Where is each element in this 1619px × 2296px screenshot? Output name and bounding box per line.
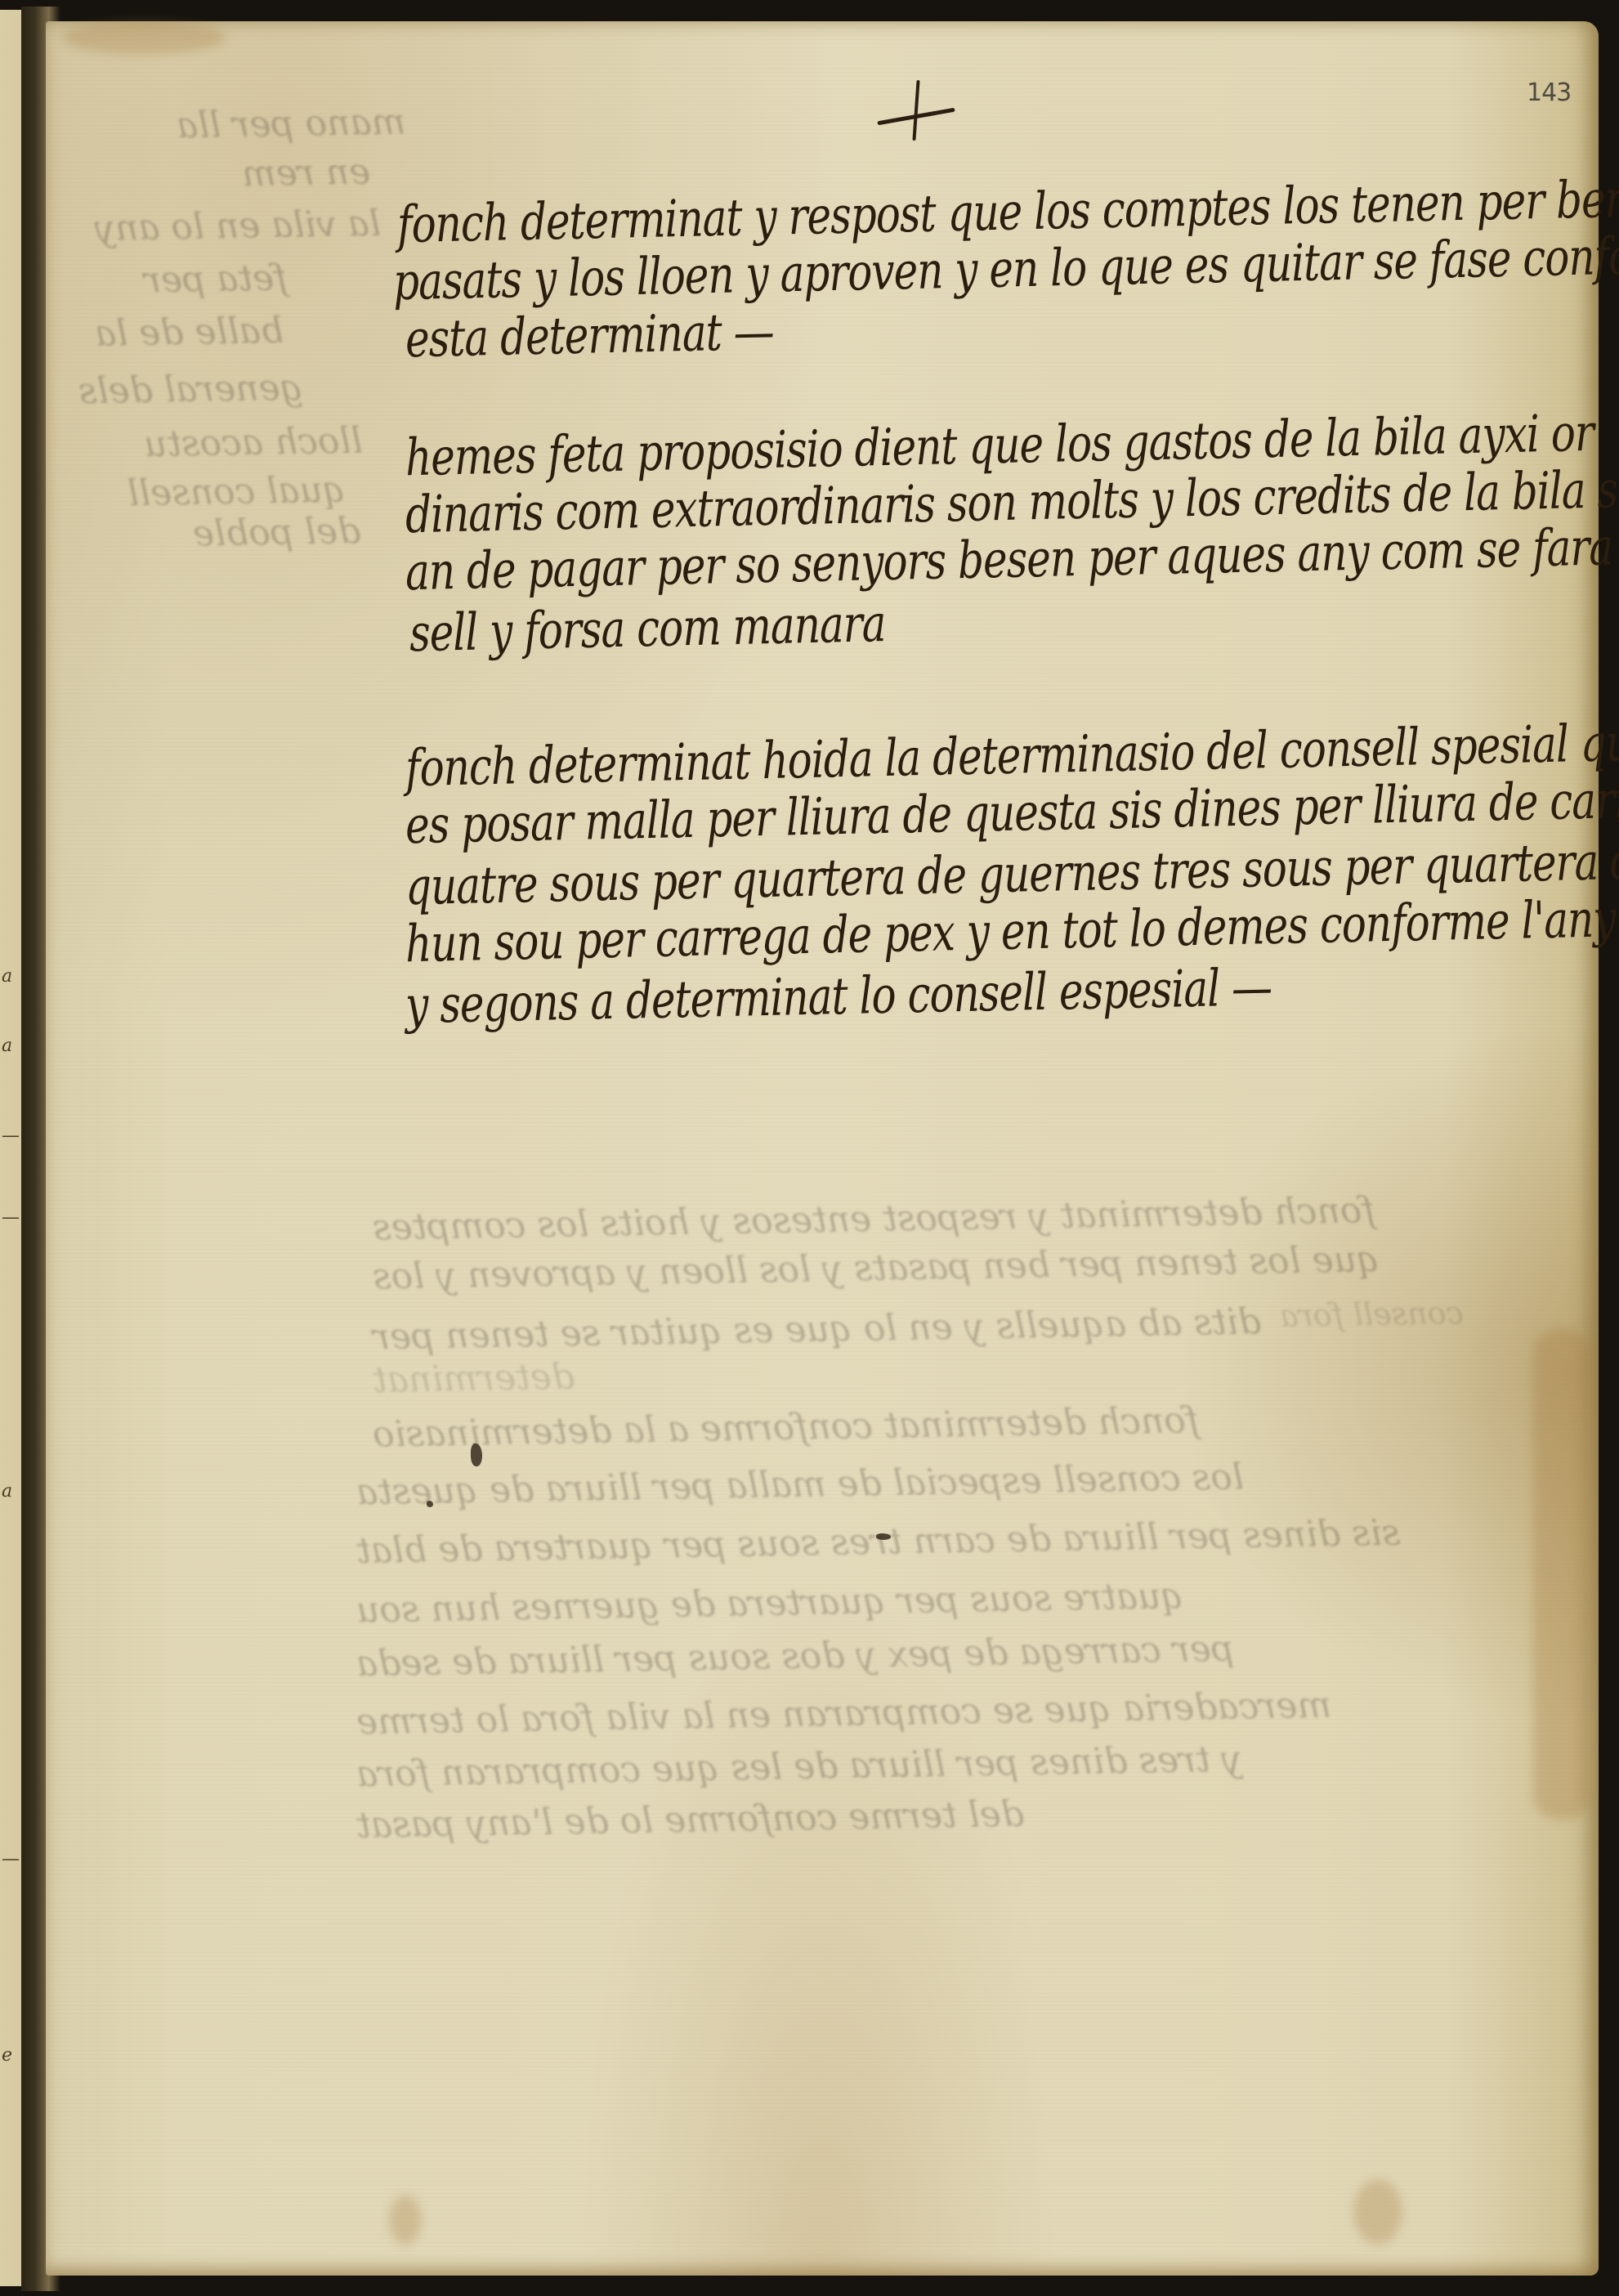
cross-symbol: [900, 80, 973, 145]
text-line: sell y forsa com manara: [409, 594, 886, 664]
bleed-line: qual consell: [127, 469, 347, 515]
margin-mark: a: [2, 966, 12, 987]
ink-blot: [471, 1443, 482, 1466]
bleed-line: en rem: [242, 151, 371, 195]
bleed-line: feta per: [144, 257, 288, 301]
bleed-line: que los tenen per ben pasats y los lloen…: [373, 1238, 1380, 1297]
margin-mark: a: [2, 1036, 12, 1056]
paper-stain: [1533, 1329, 1590, 1819]
bleed-line: sis dines per lliura de carn tres sous p…: [356, 1512, 1401, 1572]
bleed-line: mano per lla: [177, 101, 406, 147]
bleed-line: la vila en lo any: [95, 203, 382, 249]
ink-blot: [876, 1533, 891, 1540]
bleed-line: del poble: [193, 510, 361, 555]
bleed-line: los consell especial de malla per lliura…: [356, 1457, 1245, 1514]
bleed-line: dits ab aquells y en lo que es quitar se…: [373, 1301, 1262, 1358]
ink-blot: [427, 1501, 433, 1507]
bleed-line: per carrega de pex y dos sous per lliura…: [356, 1628, 1235, 1685]
paper-stain: [1353, 2179, 1402, 2245]
margin-mark: e: [2, 2045, 12, 2066]
bleed-line: determinat: [373, 1356, 575, 1401]
bleed-line: fonch determinat conforme a la determina…: [373, 1399, 1200, 1456]
bleed-line: balle de la: [95, 310, 284, 355]
bleed-line: del terme conforme lo de l'any pasat: [356, 1793, 1025, 1846]
bleed-line: quatre sous per quartera de guernes hun …: [356, 1575, 1184, 1631]
bleed-line: general dels: [78, 367, 304, 413]
bleed-line: mercaderia que se compraran en la vila f…: [356, 1685, 1332, 1743]
margin-mark: —: [2, 1849, 20, 1869]
cross-vertical-stroke: [912, 80, 919, 141]
paper-stain: [62, 21, 226, 54]
bleed-margin-note: consell fora: [1280, 1295, 1465, 1334]
margin-mark: —: [2, 1207, 20, 1228]
bleed-line: lloch acostu: [144, 420, 363, 466]
margin-mark: a: [2, 1481, 12, 1502]
bleed-line: fonch determinat y respost entesos y hoi…: [373, 1189, 1375, 1248]
bleed-line: y tres dines per lliura de les que compr…: [356, 1739, 1242, 1796]
text-line: esta determinat —: [405, 302, 774, 369]
margin-mark: —: [2, 1126, 20, 1146]
manuscript-folio: mano per lla en rem la vila en lo any fe…: [46, 21, 1599, 2276]
paper-stain: [389, 2195, 422, 2245]
folio-number: 143: [1527, 78, 1571, 107]
